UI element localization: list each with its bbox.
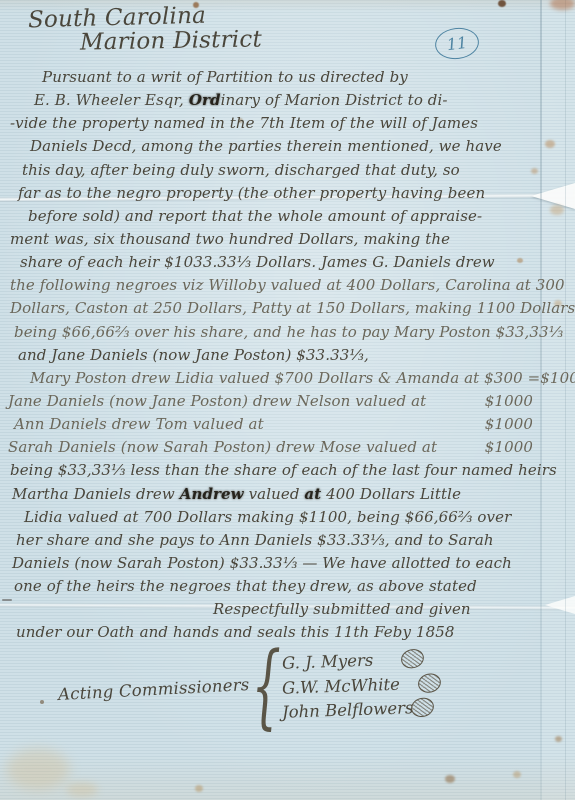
- line-text: E. B. Wheeler Esqr,: [34, 91, 189, 109]
- line-text: Mary Poston drew Lidia valued $700 Dolla…: [30, 367, 540, 390]
- document-line: Lidia valued at 700 Dollars making $1100…: [8, 506, 569, 529]
- document-line: Mary Poston drew Lidia valued $700 Dolla…: [8, 367, 569, 390]
- line-text: Jane Daniels (now Jane Poston) drew Nels…: [8, 390, 426, 413]
- document-line: and Jane Daniels (now Jane Poston) $33.3…: [8, 344, 569, 367]
- line-amount: $1000: [485, 436, 533, 459]
- document-line: before sold) and report that the whole a…: [8, 205, 569, 228]
- heading-district: Marion District: [80, 26, 262, 55]
- line-amount: $1000: [485, 390, 533, 413]
- signature-name: John Belflowers: [282, 698, 414, 722]
- document-line: one of the heirs the negroes that they d…: [8, 575, 569, 598]
- signature-row: John Belflowers: [282, 694, 442, 724]
- seal-icon: [399, 646, 426, 670]
- document-body: Pursuant to a writ of Partition to us di…: [8, 66, 569, 645]
- stain: [513, 771, 521, 778]
- line-text: Ann Daniels drew Tom valued at: [14, 413, 264, 436]
- line-text: inary of Marion District to di-: [221, 91, 448, 109]
- document-line: Dollars, Caston at 250 Dollars, Patty at…: [8, 297, 569, 320]
- blotted-word: Andrew: [180, 485, 244, 503]
- document-line: ment was, six thousand two hundred Dolla…: [8, 228, 569, 251]
- document-line: the following negroes viz Willoby valued…: [8, 274, 569, 297]
- document-line: Respectfully submitted and given: [8, 598, 569, 621]
- document-line: being $66,66⅔ over his share, and he has…: [8, 321, 569, 344]
- document-line: Daniels (now Sarah Poston) $33.33⅓ — We …: [8, 552, 569, 575]
- document-line: Ann Daniels drew Tom valued at$1000: [8, 413, 569, 436]
- line-amount: $1000: [485, 413, 533, 436]
- page-number: 11: [446, 33, 469, 54]
- line-text: Sarah Daniels (now Sarah Poston) drew Mo…: [8, 436, 437, 459]
- signature-name: G. J. Myers: [282, 650, 374, 672]
- document-line: Jane Daniels (now Jane Poston) drew Nels…: [8, 390, 569, 413]
- page-number-badge: 11: [433, 25, 480, 61]
- document-line: E. B. Wheeler Esqr, Ordinary of Marion D…: [8, 89, 569, 112]
- document-line: being $33,33⅓ less than the share of eac…: [8, 459, 569, 482]
- document-line: her share and she pays to Ann Daniels $3…: [8, 529, 569, 552]
- stain: [445, 775, 455, 783]
- line-text: Martha Daniels drew: [12, 485, 180, 503]
- document-line: this day, after being duly sworn, discha…: [8, 159, 569, 182]
- seal-icon: [416, 670, 443, 694]
- document-line: Martha Daniels drew Andrew valued at 400…: [8, 483, 569, 506]
- document-page: South Carolina Marion District 11 Pursua…: [0, 0, 575, 800]
- stain: [40, 700, 44, 704]
- commissioners-role-label: Acting Commissioners: [58, 675, 250, 704]
- document-line: Daniels Decd, among the parties therein …: [8, 135, 569, 158]
- document-line: Sarah Daniels (now Sarah Poston) drew Mo…: [8, 436, 569, 459]
- blotted-word: at: [304, 485, 321, 503]
- document-line: far as to the negro property (the other …: [8, 182, 569, 205]
- line-amount: $1000: [540, 367, 575, 390]
- blotted-word: Ord: [189, 91, 221, 109]
- stain: [66, 782, 98, 797]
- stain: [195, 785, 203, 792]
- document-line: Pursuant to a writ of Partition to us di…: [8, 66, 569, 89]
- stain: [498, 0, 506, 7]
- line-text: valued: [244, 485, 305, 503]
- signature-name: G.W. McWhite: [282, 674, 400, 697]
- signature-brace: {: [252, 640, 281, 732]
- line-text: 400 Dollars Little: [321, 485, 461, 503]
- stain: [6, 748, 70, 790]
- document-line: -vide the property named in the 7th Item…: [8, 112, 569, 135]
- document-line: under our Oath and hands and seals this …: [8, 621, 569, 644]
- document-line: share of each heir $1033.33⅓ Dollars. Ja…: [8, 251, 569, 274]
- signature-list: G. J. Myers G.W. McWhite John Belflowers: [282, 648, 441, 722]
